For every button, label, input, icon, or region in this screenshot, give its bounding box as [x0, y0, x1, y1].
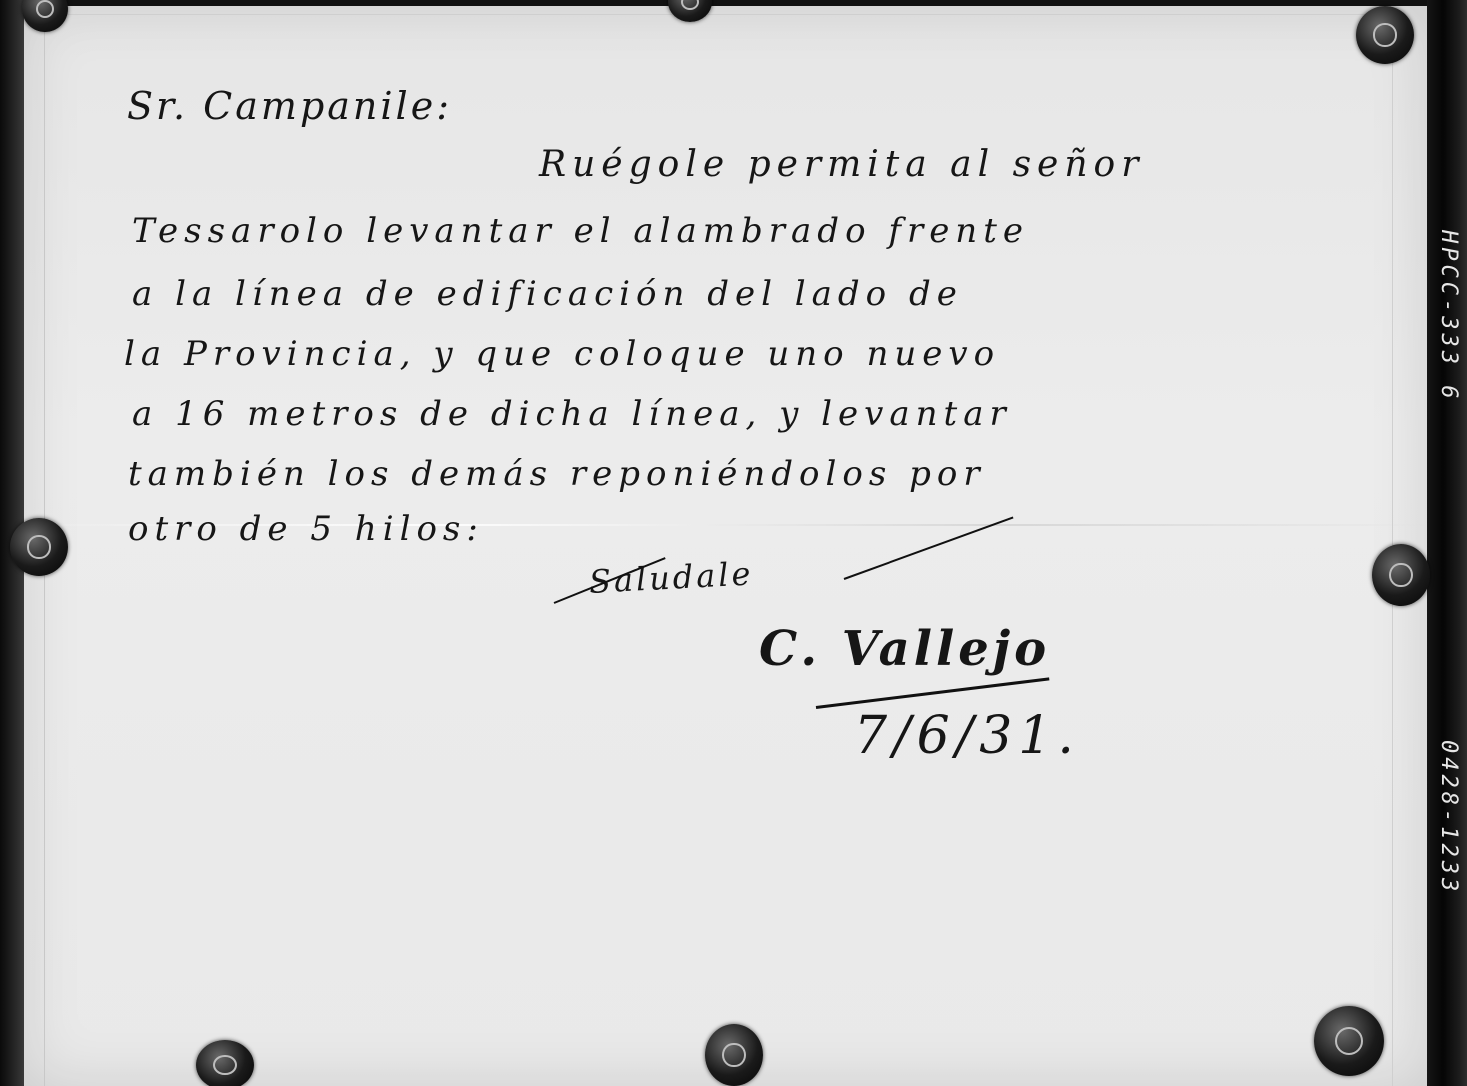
body-line-4: la Provincia, y que coloque uno nuevo [124, 334, 1000, 374]
film-right-edge: HPCC-333 6 0428-1233 [1427, 0, 1467, 1086]
thumbtack-right-middle-icon [1372, 544, 1430, 606]
body-line-3: a la línea de edificación del lado de [132, 274, 963, 314]
thumbtack-bottom-right-icon [1314, 1006, 1384, 1076]
body-line-7: otro de 5 hilos: [128, 509, 484, 549]
body-line-2: Tessarolo levantar el alambrado frente [132, 211, 1029, 251]
thumbtack-bottom-center-icon [705, 1024, 763, 1086]
film-edge-code-bottom: 0428-1233 [1435, 740, 1461, 895]
date: 7/6/31. [854, 706, 1080, 766]
thumbtack-bottom-left-icon [196, 1040, 254, 1086]
salutation: Sr. Campanile: [127, 84, 452, 128]
signature: C. Vallejo [759, 621, 1050, 677]
letter-paper: Sr. Campanile: Ruégole permita al señor … [24, 6, 1427, 1086]
body-line-1: Ruégole permita al señor [539, 144, 1144, 185]
thumbtack-left-middle-icon [10, 518, 68, 576]
film-edge-code-top: HPCC-333 6 [1435, 230, 1461, 402]
body-line-5: a 16 metros de dicha línea, y levantar [132, 394, 1012, 434]
thumbtack-top-right-icon [1356, 6, 1414, 64]
body-line-6: también los demás reponiéndolos por [128, 454, 986, 494]
